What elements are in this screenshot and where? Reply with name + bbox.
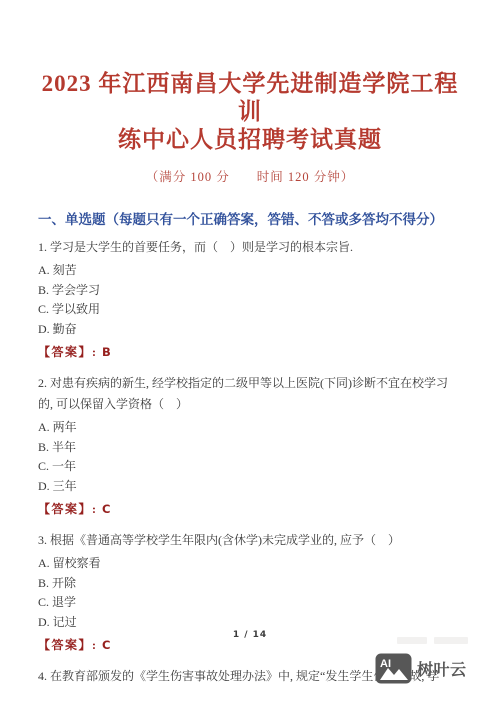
question-option: A. 留校察看 bbox=[38, 554, 466, 574]
question-options: A. 留校察看B. 开除C. 退学D. 记过 bbox=[38, 554, 466, 632]
answer-value: B bbox=[102, 345, 111, 359]
question-option: A. 两年 bbox=[38, 418, 466, 438]
question-option: C. 一年 bbox=[38, 457, 466, 477]
question-option: C. 退学 bbox=[38, 593, 466, 613]
question-option: D. 三年 bbox=[38, 477, 466, 497]
ai-image-logo-icon: AI bbox=[375, 653, 412, 684]
answer-line: 【答案】: C bbox=[38, 499, 466, 519]
watermark: AI 树叶云 bbox=[375, 637, 497, 684]
exam-document-page: 2023 年江西南昌大学先进制造学院工程训练中心人员招聘考试真题 （满分 100… bbox=[0, 0, 500, 707]
question-option: B. 半年 bbox=[38, 438, 466, 458]
faint-watermark-text bbox=[397, 637, 497, 644]
faint-text-bar bbox=[434, 637, 468, 644]
exam-title-line1: 2023 年江西南昌大学先进制造学院工程训 bbox=[42, 71, 459, 124]
answer-label: 【答案】: bbox=[38, 345, 98, 359]
exam-title-line2: 练中心人员招聘考试真题 bbox=[118, 127, 382, 152]
section-heading: 一、单选题（每题只有一个正确答案，答错、不答或多答均不得分） bbox=[38, 208, 466, 228]
question-block: 2. 对患有疾病的新生, 经学校指定的二级甲等以上医院(下同)诊断不宜在校学习的… bbox=[38, 373, 466, 519]
question-block: 1. 学习是大学生的首要任务，而（ ）则是学习的根本宗旨. A. 刻苦B. 学会… bbox=[38, 237, 466, 362]
answer-value: C bbox=[102, 502, 110, 516]
question-list: 1. 学习是大学生的首要任务，而（ ）则是学习的根本宗旨. A. 刻苦B. 学会… bbox=[38, 237, 466, 687]
question-option: A. 刻苦 bbox=[38, 261, 466, 281]
question-stem-line: 的, 可以保留入学资格（ ） bbox=[38, 394, 466, 415]
answer-line: 【答案】: B bbox=[38, 342, 466, 362]
question-option: C. 学以致用 bbox=[38, 300, 466, 320]
watermark-brand-row: AI 树叶云 bbox=[375, 653, 497, 684]
question-option: B. 开除 bbox=[38, 574, 466, 594]
question-options: A. 刻苦B. 学会学习C. 学以致用D. 勤奋 bbox=[38, 261, 466, 339]
exam-subtitle: （满分 100 分 时间 120 分钟） bbox=[0, 167, 500, 185]
question-stem: 1. 学习是大学生的首要任务，而（ ）则是学习的根本宗旨. bbox=[38, 237, 466, 258]
answer-label: 【答案】: bbox=[38, 638, 98, 652]
answer-label: 【答案】: bbox=[38, 502, 98, 516]
question-stem-line: 3. 根据《普通高等学校学生年限内(含休学)未完成学业的, 应予（ ） bbox=[38, 530, 466, 551]
faint-text-bar bbox=[397, 637, 427, 644]
logo-ai-text: AI bbox=[380, 658, 391, 670]
question-option: D. 勤奋 bbox=[38, 320, 466, 340]
question-options: A. 两年B. 半年C. 一年D. 三年 bbox=[38, 418, 466, 496]
question-stem-line: 1. 学习是大学生的首要任务，而（ ）则是学习的根本宗旨. bbox=[38, 237, 466, 258]
question-stem: 2. 对患有疾病的新生, 经学校指定的二级甲等以上医院(下同)诊断不宜在校学习的… bbox=[38, 373, 466, 415]
question-stem: 3. 根据《普通高等学校学生年限内(含休学)未完成学业的, 应予（ ） bbox=[38, 530, 466, 551]
question-option: B. 学会学习 bbox=[38, 281, 466, 301]
watermark-brand: 树叶云 bbox=[417, 657, 467, 680]
answer-value: C bbox=[102, 638, 110, 652]
exam-title: 2023 年江西南昌大学先进制造学院工程训练中心人员招聘考试真题 bbox=[36, 70, 464, 154]
question-stem-line: 2. 对患有疾病的新生, 经学校指定的二级甲等以上医院(下同)诊断不宜在校学习 bbox=[38, 373, 466, 394]
